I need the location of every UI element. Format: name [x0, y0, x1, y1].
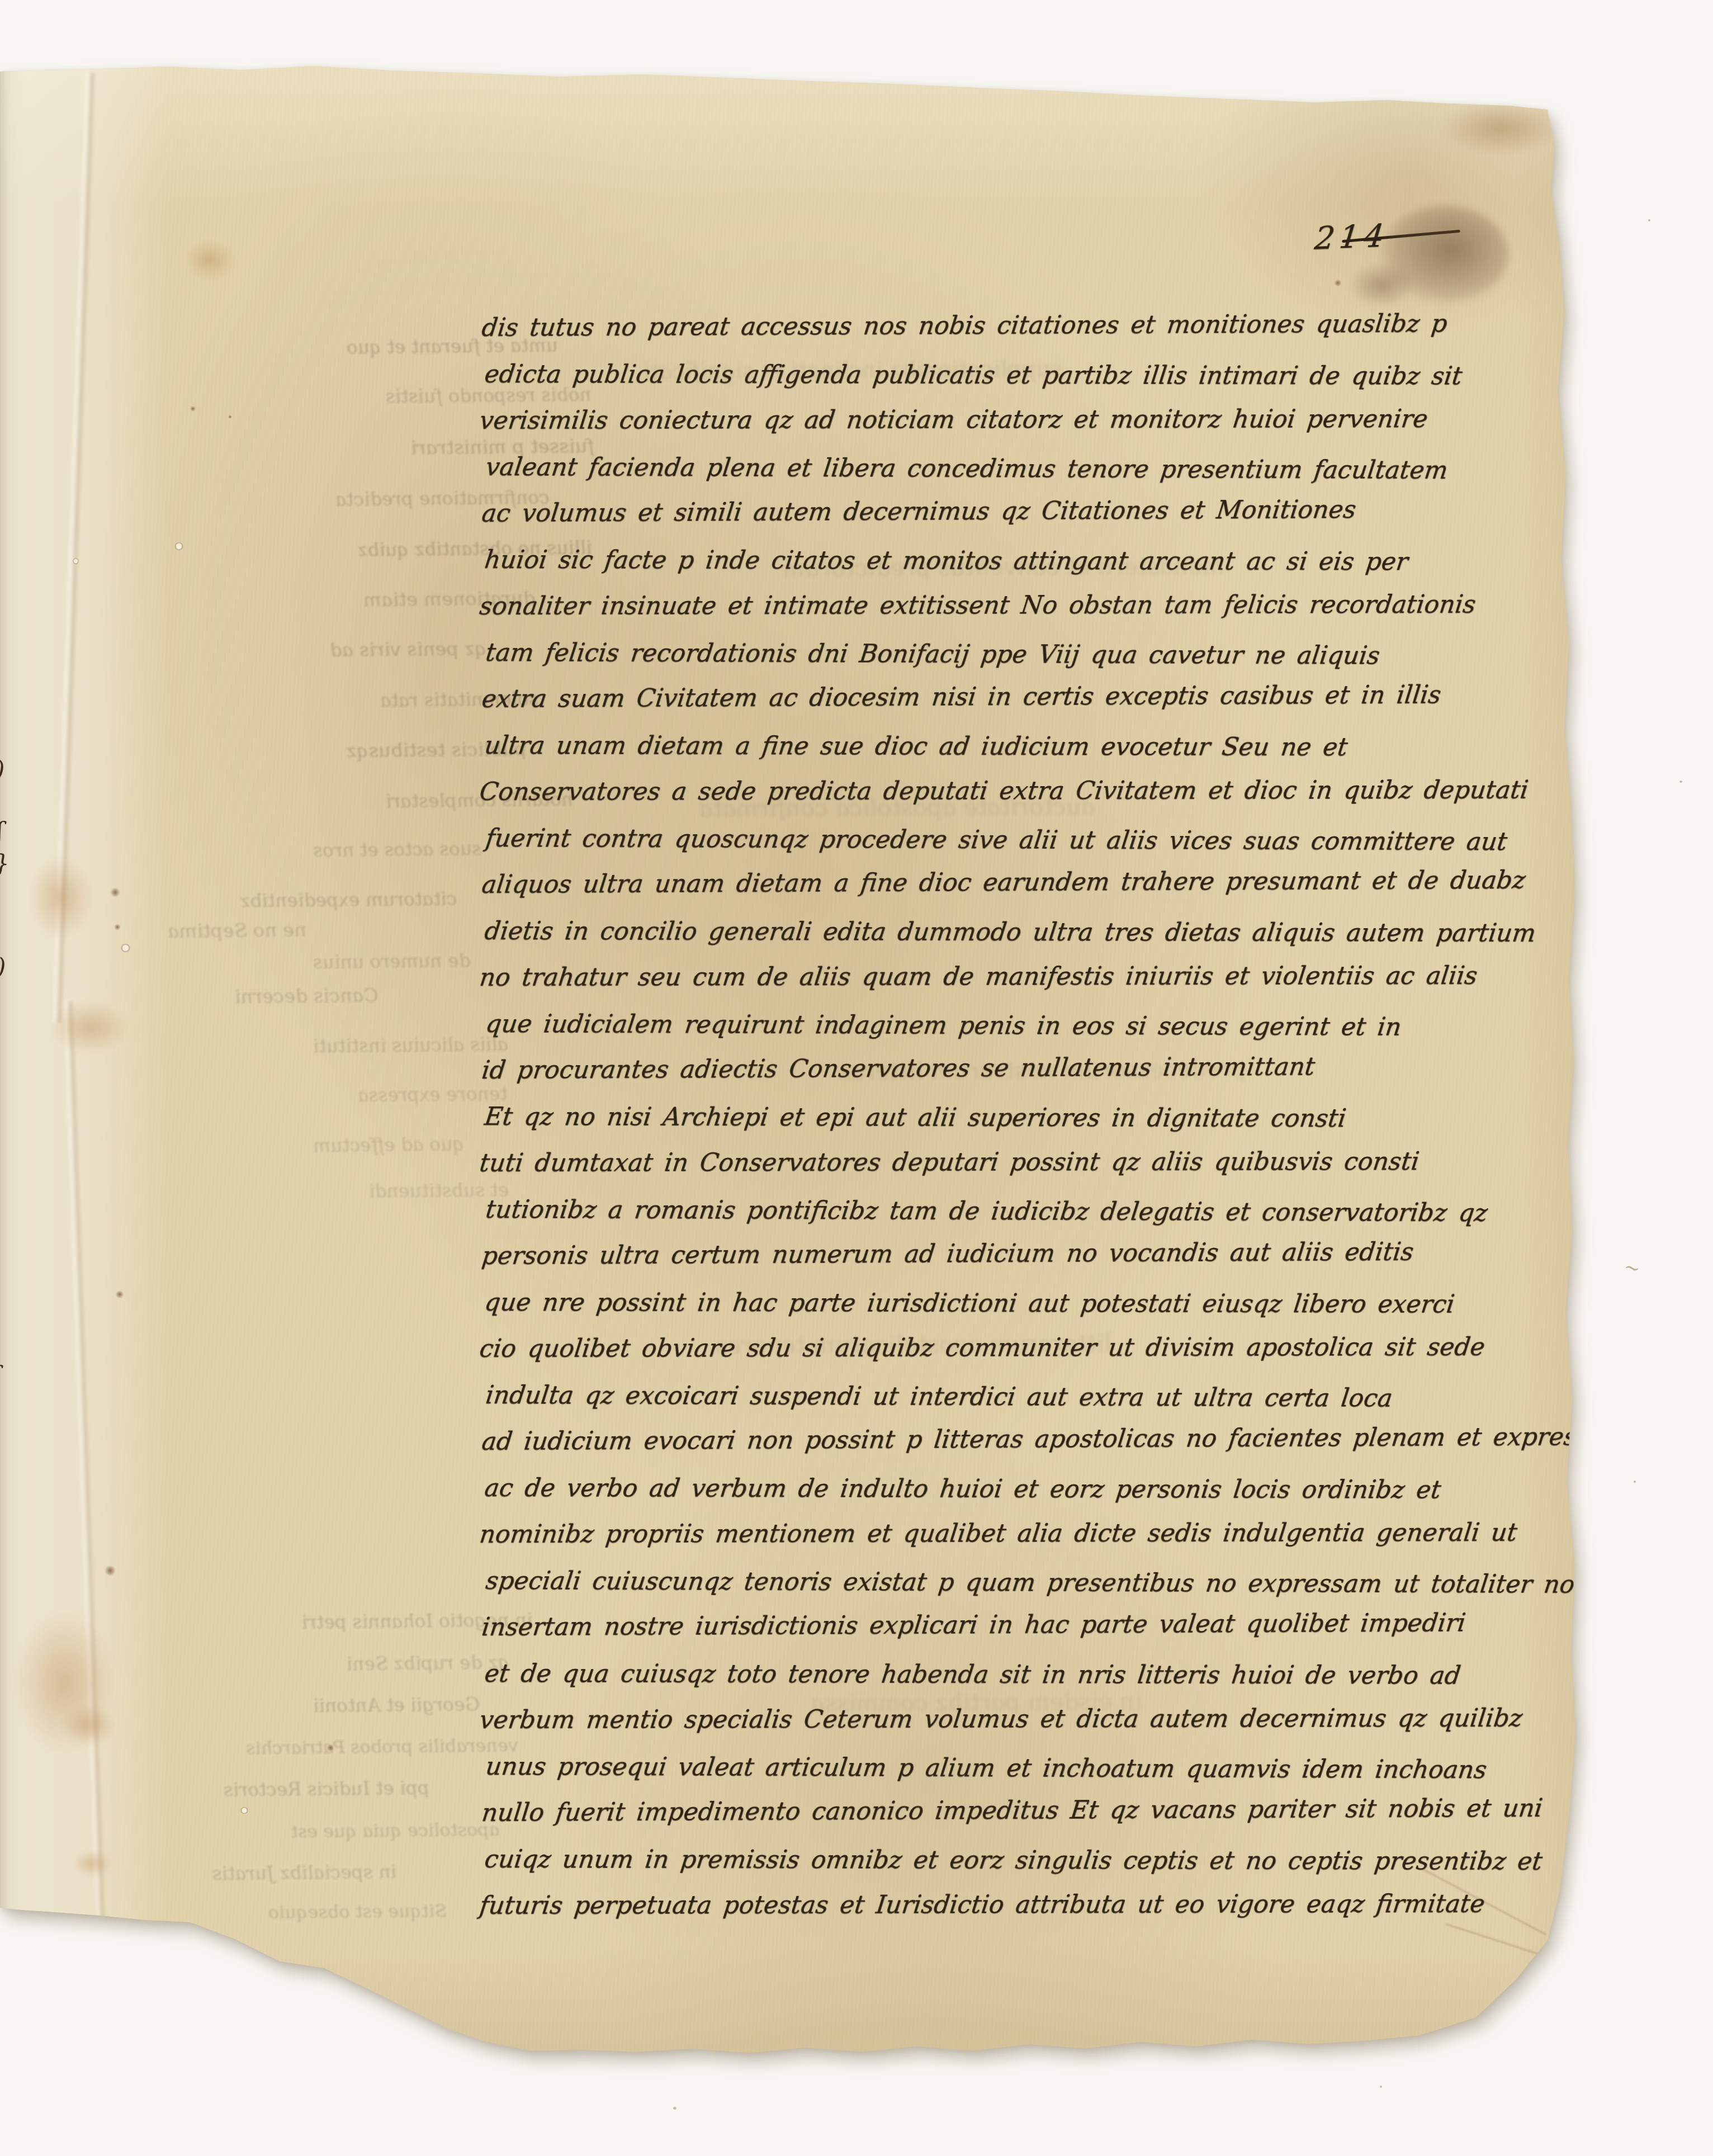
manuscript-line: huioi sic facte p inde citatos et monito… — [482, 537, 1575, 585]
dust-speck — [1679, 781, 1682, 783]
manuscript-line: personis ultra certum numerum ad iudiciu… — [479, 1228, 1575, 1279]
manuscript-line: aliquos ultra unam dietam a fine dioc ea… — [479, 857, 1575, 908]
manuscript-line: nominibz propriis mentionem et qualibet … — [477, 1510, 1575, 1558]
bleedthrough-fragment: ppi et Iudicis Rectoris — [223, 1777, 430, 1801]
manuscript-line: cuiqz unum in premissis omnibz et eorz s… — [482, 1836, 1575, 1885]
bleedthrough-fragment: Cancis decerni — [234, 985, 379, 1009]
edge-discoloration-stain — [1442, 102, 1560, 155]
manuscript-line: nullo fuerit impedimento canonico impedi… — [479, 1785, 1575, 1836]
manuscript-line: edicta publica locis affigenda publicati… — [482, 351, 1575, 400]
manuscript-line: Et qz no nisi Archiepi et epi aut alii s… — [482, 1094, 1575, 1142]
margin-ink-mark: ʃ — [0, 817, 3, 845]
bleedthrough-fragment: Sitque est obsequio — [267, 1900, 448, 1923]
manuscript-text-block: dis tutus no pareat accessus nos nobis c… — [482, 305, 1572, 1929]
damp-stain — [73, 1851, 112, 1876]
bleedthrough-fragment: quo ad effectum — [312, 1133, 465, 1157]
manuscript-line: ad iudicium evocari non possint p litter… — [479, 1413, 1575, 1465]
ink-smudge-stain — [1380, 206, 1508, 304]
dust-speck — [1634, 1481, 1636, 1483]
pinhole — [73, 558, 79, 564]
rust-speck — [115, 1290, 124, 1298]
manuscript-line: ultra unam dietam a fine sue dioc ad iud… — [482, 722, 1575, 771]
bleedthrough-fragment: de numero unius — [312, 950, 472, 973]
margin-ink-mark: } — [0, 850, 10, 877]
spine-fold-crease-lower — [62, 1001, 108, 1918]
damp-stain — [184, 240, 235, 280]
pinhole — [240, 1807, 248, 1814]
damp-stain — [29, 855, 93, 939]
bleedthrough-fragment: Georgii et Antonii — [312, 1693, 481, 1717]
bleedthrough-fragment: suos actos et nros — [312, 838, 482, 861]
rust-speck — [114, 924, 121, 930]
bleedthrough-fragment: ne no Septima — [167, 919, 307, 943]
bleedthrough-fragment: qz penis viris ad — [329, 638, 488, 662]
manuscript-line: et de qua cuiusqz toto tenore habenda si… — [482, 1651, 1575, 1699]
bleedthrough-fragment: apostolice quia que est — [290, 1819, 500, 1842]
parchment-page: umta et fuerant et quonobis respondo fui… — [0, 0, 1599, 2074]
margin-ink-mark: ) — [0, 953, 6, 981]
bleedthrough-fragment: aliis alicuius instituti — [312, 1033, 509, 1057]
manuscript-line: ac de verbo ad verbum de indulto huioi e… — [482, 1465, 1575, 1514]
manuscript-line: cio quolibet obviare sdu si aliquibz com… — [477, 1324, 1575, 1372]
manuscript-line: dis tutus no pareat accessus nos nobis c… — [479, 300, 1575, 351]
damp-stain — [63, 1705, 116, 1746]
manuscript-line: no trahatur seu cum de aliis quam de man… — [477, 953, 1575, 1001]
damp-stain — [50, 1001, 129, 1054]
manuscript-line: futuris perpetuata potestas et Iurisdict… — [477, 1881, 1575, 1929]
manuscript-line: dietis in concilio generali edita dummod… — [482, 908, 1575, 957]
dust-speck — [673, 2107, 676, 2110]
parchment-surface: umta et fuerant et quonobis respondo fui… — [0, 0, 1599, 2074]
dust-speck — [1380, 2086, 1382, 2088]
pinhole — [174, 542, 183, 550]
manuscript-line: verisimilis coniectura qz ad noticiam ci… — [477, 396, 1575, 444]
scanned-manuscript: umta et fuerant et quonobis respondo fui… — [0, 0, 1713, 2156]
bleedthrough-fragment: citatorum expedientibz — [239, 888, 458, 912]
rust-speck — [110, 888, 121, 897]
pinhole — [121, 944, 130, 952]
ink-speck — [228, 415, 232, 419]
dust-speck — [1648, 219, 1650, 221]
manuscript-line: que nre possint in hac parte iurisdictio… — [482, 1279, 1575, 1328]
fiber-speck: ~ — [1622, 1255, 1643, 1281]
manuscript-line: tuti dumtaxat in Conservatores deputari … — [477, 1138, 1575, 1186]
manuscript-line: insertam nostre iurisdictionis explicari… — [479, 1599, 1575, 1651]
rust-speck — [104, 1566, 116, 1576]
manuscript-line: extra suam Civitatem ac diocesim nisi in… — [479, 671, 1575, 722]
manuscript-line: id procurantes adiectis Conservatores se… — [479, 1042, 1575, 1094]
damp-stain — [12, 1610, 116, 1756]
manuscript-line: ac volumus et simili autem decernimus qz… — [479, 485, 1575, 537]
ink-speck — [1334, 280, 1342, 286]
ink-speck — [190, 406, 196, 412]
bleedthrough-fragment: in specialibz Juratis — [211, 1861, 398, 1884]
spine-fold-crease — [51, 73, 98, 1023]
manuscript-line: Conservatores a sede predicta deputati e… — [477, 767, 1575, 815]
manuscript-line: verbum mentio specialis Ceterum volumus … — [477, 1695, 1575, 1743]
manuscript-line: sonaliter insinuate et intimate extitiss… — [477, 581, 1575, 630]
margin-ink-mark: ) — [0, 756, 4, 783]
